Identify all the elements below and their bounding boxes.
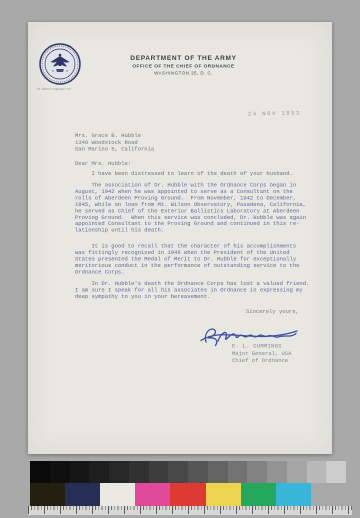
letter-page: IN REPLY REFER TO: DEPARTMENT OF THE ARM… [28,22,332,454]
calibration-swatch [241,483,276,506]
text-line: August, 1942 when he was appointed to se… [75,189,320,195]
calibration-swatch [206,483,241,506]
paragraph-1: I have been distressed to learn of the d… [75,171,320,177]
calibration-swatch [65,483,100,506]
text-line: Ordnance Corps. [75,269,320,275]
signature-block: E. L. CUMMINGS Major General, USA Chief … [232,343,291,365]
received-date-stamp: 24 NOV 1953 [248,111,301,118]
text-line: The association of Dr. Hubble with the O… [75,183,320,189]
calibration-swatch [50,461,70,483]
calibration-swatch [276,483,311,506]
paragraph-4: In Dr. Hubble's death the Ordnance Corps… [75,281,320,300]
text-line: It is good to recall that the character … [75,244,320,250]
text-line: I am sure I speak for all his associates… [75,287,320,293]
reply-refer-note: IN REPLY REFER TO: [37,88,72,91]
text-line: Mrs. Grace B. Hubble [75,133,154,140]
text-line: I have been distressed to learn of the d… [75,171,320,177]
calibration-swatch [89,461,109,483]
calibration-swatch [170,483,205,506]
text-line: was fittingly recognized in 1946 when th… [75,250,320,256]
calibration-swatch [247,461,267,483]
valediction: Sincerely yours, [246,309,299,315]
paragraph-3: It is good to recall that the character … [75,244,320,276]
text-line: lationship until his death. [75,228,320,234]
calibration-swatch [30,483,65,506]
calibration-swatch [135,483,170,506]
text-line: rolls of Aberdeen Proving Ground. From N… [75,195,320,201]
calibration-swatch [311,483,346,506]
calibration-swatch [287,461,307,483]
text-line: meritorious conduct in the performance o… [75,263,320,269]
color-calibration-bar [30,483,346,506]
text-line: deep sympathy to you in your bereavement… [75,294,320,300]
text-line: he served as Chief of the Exterior Balli… [75,208,320,214]
signer-title: Chief of Ordnance [232,358,291,365]
calibration-swatch [307,461,327,483]
calibration-swatch [188,461,208,483]
letterhead: DEPARTMENT OF THE ARMY OFFICE OF THE CHI… [28,54,332,76]
typed-name: E. L. CUMMINGS [232,343,291,350]
letterhead-city: WASHINGTON 25, D. C. [35,71,332,76]
text-line: States presented the Medal of Merit to D… [75,256,320,262]
calibration-swatch [168,461,188,483]
letterhead-office: OFFICE OF THE CHIEF OF ORDNANCE [35,64,332,70]
calibration-swatch [30,461,50,483]
calibration-swatch [109,461,129,483]
calibration-swatch [326,461,346,483]
letterhead-department: DEPARTMENT OF THE ARMY [35,54,332,62]
text-line: 1340 Woodstock Road [75,140,154,147]
calibration-swatch [208,461,228,483]
text-line: In Dr. Hubble's death the Ordnance Corps… [75,281,320,287]
ruler-coarse-ticks [28,506,352,514]
salutation: Dear Mrs. Hubble: [75,161,131,167]
calibration-swatch [228,461,248,483]
text-line: 1945, while on loan from Mt. Wilson Obse… [75,202,320,208]
grayscale-calibration-bar [30,461,346,483]
ruler-strip [28,506,352,515]
signer-rank: Major General, USA [232,350,291,357]
calibration-swatch [70,461,90,483]
calibration-swatch [100,483,135,506]
calibration-swatch [149,461,169,483]
scanned-letter-photograph: IN REPLY REFER TO: DEPARTMENT OF THE ARM… [0,0,360,518]
calibration-swatch [129,461,149,483]
text-line: San Marino 5, California [75,147,154,154]
calibration-swatch [267,461,287,483]
recipient-address-block: Mrs. Grace B. Hubble1340 Woodstock RoadS… [75,133,154,153]
paragraph-2: The association of Dr. Hubble with the O… [75,183,320,235]
